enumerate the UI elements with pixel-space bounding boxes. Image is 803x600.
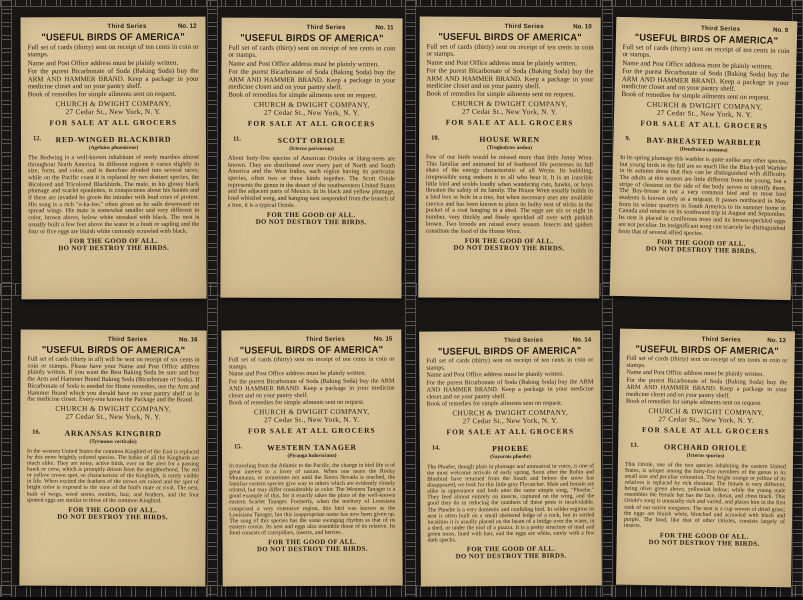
card-title: "USEFUL BIRDS OF AMERICA": [228, 344, 394, 355]
bird-number: 15.: [234, 443, 242, 450]
promo-paragraph: Full set of cards (thirty in all) will b…: [27, 357, 199, 405]
bird-number: 9.: [625, 135, 630, 142]
card-footer-line-2: DO NOT DESTROY THE BIRDS.: [28, 245, 199, 253]
promo-text: Full set of cards (thirty) sent on recei…: [626, 356, 788, 408]
bird-description: This Oriole, one of the two species inha…: [624, 462, 786, 532]
card-number: No. 13: [767, 337, 786, 344]
bird-name: SCOTT ORIOLE: [278, 136, 346, 145]
company-address: 27 Cedar St., New York, N. Y.: [228, 108, 395, 117]
bird-description: The Phoebe, though plain in plumage and …: [427, 463, 595, 543]
bird-number: 14.: [432, 444, 440, 451]
promo-text: Full set of cards (thirty) sent on recei…: [28, 44, 199, 99]
bird-description: In the western United States the common …: [27, 448, 199, 504]
grocers-line: FOR SALE AT ALL GROCERS: [229, 425, 395, 435]
promo-paragraph: Full set of cards (thirty) sent on recei…: [228, 45, 395, 61]
bird-number: 13.: [630, 442, 638, 449]
grocers-line: FOR SALE AT ALL GROCERS: [625, 425, 786, 437]
bird-title: 15. WESTERN TANAGER: [229, 442, 395, 452]
promo-paragraph: For the purest Bicarbonate of Soda (Baki…: [28, 68, 199, 91]
promo-paragraph: Book of remedies for simple ailments sen…: [28, 91, 199, 99]
card-title: "USEFUL BIRDS OF AMERICA": [229, 32, 396, 43]
bird-name: WESTERN TANAGER: [267, 443, 357, 452]
trading-card: Third Series No. 9 "USEFUL BIRDS OF AMER…: [610, 17, 798, 300]
bird-number: 12.: [33, 135, 41, 142]
grocers-line: FOR SALE AT ALL GROCERS: [426, 117, 593, 127]
bird-description: Few of our birds would be missed more th…: [426, 154, 593, 235]
trading-card: Third Series No. 12 "USEFUL BIRDS OF AME…: [21, 17, 207, 300]
trading-card: Third Series No. 16 "USEFUL BIRDS OF AME…: [19, 330, 206, 587]
promo-paragraph: For the purest Bicarbonate of Soda (Baki…: [622, 68, 789, 94]
series-label: Third Series: [107, 23, 146, 30]
card-footer-line-2: DO NOT DESTROY THE BIRDS.: [27, 513, 199, 521]
bird-latin-name: (Agelaius phoeniceus): [28, 145, 199, 152]
bird-title: 16. ARKANSAS KINGBIRD: [27, 428, 199, 438]
bird-latin-name: (Tyrannus verticalis): [27, 438, 199, 445]
promo-paragraph: For the purest Bicarbonate of Soda (Baki…: [426, 68, 593, 91]
card-number: No. 16: [179, 336, 198, 343]
card-header-line: Third Series No. 10: [427, 23, 594, 32]
promo-text: Full set of cards (thirty in all) will b…: [27, 357, 199, 405]
album-stitch-column-2: [405, 0, 416, 600]
company-address: 27 Cedar St., New York, N. Y.: [427, 416, 594, 425]
company-address: 27 Cedar St., New York, N. Y.: [28, 108, 199, 117]
card-title: "USEFUL BIRDS OF AMERICA": [28, 344, 200, 355]
promo-paragraph: Book of remedies for simple ailments sen…: [426, 91, 593, 99]
card-footer-line-2: DO NOT DESTROY THE BIRDS.: [624, 539, 785, 549]
company-name: CHURCH & DWIGHT COMPANY,: [228, 100, 395, 109]
promo-paragraph: For the purest Bicarbonate of Soda (Baki…: [426, 380, 593, 401]
promo-text: Full set of cards (thirty) sent on recei…: [621, 44, 789, 103]
bird-name: RED-WINGED BLACKBIRD: [56, 135, 172, 144]
card-header-line: Third Series No. 15: [228, 336, 394, 345]
promo-paragraph: Full set of cards (thirty) sent on recei…: [427, 44, 594, 60]
bird-latin-name: (Piranga ludoviciana): [229, 452, 395, 459]
bird-description: In its spring plumage this warbler is qu…: [618, 155, 787, 239]
grocers-line: FOR SALE AT ALL GROCERS: [427, 426, 594, 436]
card-number: No. 11: [375, 24, 393, 31]
trading-card: Third Series No. 14 "USEFUL BIRDS OF AME…: [419, 330, 602, 586]
grocers-line: FOR SALE AT ALL GROCERS: [228, 118, 395, 128]
promo-paragraph: Book of remedies for simple ailments sen…: [229, 400, 395, 408]
card-footer-line-2: DO NOT DESTROY THE BIRDS.: [228, 219, 395, 227]
card-header-line: Third Series No. 14: [426, 336, 593, 345]
series-label: Third Series: [108, 336, 147, 343]
trading-card: Third Series No. 13 "USEFUL BIRDS OF AME…: [616, 329, 795, 588]
series-label: Third Series: [504, 337, 543, 344]
bird-number: 11.: [233, 136, 241, 143]
trading-card: Third Series No. 11 "USEFUL BIRDS OF AME…: [220, 18, 402, 299]
album-stitch-band-top: [0, 0, 803, 7]
promo-text: Full set of cards (thirty) sent on recei…: [228, 45, 395, 101]
card-number: No. 15: [374, 336, 393, 343]
promo-paragraph: Book of remedies for simple ailments sen…: [427, 401, 594, 409]
promo-text: Full set of cards (thirty) sent on recei…: [228, 357, 394, 408]
bird-latin-name: (Sayornis phoebe): [427, 453, 594, 460]
company-address: 27 Cedar St., New York, N. Y.: [27, 412, 199, 421]
bird-description: In traveling from the Atlantic to the Pa…: [229, 462, 395, 536]
card-title: "USEFUL BIRDS OF AMERICA": [426, 345, 593, 357]
card-number: No. 14: [573, 336, 592, 343]
bird-description: The Redwing is a well-known inhabitant o…: [28, 155, 199, 236]
card-header-line: Third Series No. 12: [28, 23, 199, 32]
company-address: 27 Cedar St., New York, N. Y.: [229, 415, 395, 424]
grocers-line: FOR SALE AT ALL GROCERS: [28, 118, 199, 128]
promo-paragraph: Name and Post Office address must be pla…: [426, 59, 593, 67]
series-label: Third Series: [702, 336, 741, 344]
card-number: No. 10: [573, 23, 592, 30]
grocers-line: FOR SALE AT ALL GROCERS: [621, 118, 788, 131]
bird-description: About forty-five species of American Ori…: [228, 155, 395, 209]
card-header-line: Third Series No. 16: [28, 336, 200, 345]
promo-paragraph: Full set of cards (thirty) sent on recei…: [228, 357, 394, 371]
promo-paragraph: Full set of cards (thirty) sent on recei…: [28, 44, 199, 59]
company-name: CHURCH & DWIGHT COMPANY,: [426, 99, 593, 108]
bird-latin-name: (Icterus spurius): [625, 452, 786, 461]
bird-name: PHOEBE: [492, 444, 529, 453]
bird-number: 10.: [431, 134, 439, 141]
promo-paragraph: Full set of cards (thirty) sent on recei…: [426, 357, 593, 372]
bird-latin-name: (Troglodytes aedon): [426, 144, 593, 151]
series-label: Third Series: [306, 24, 345, 31]
trading-card: Third Series No. 15 "USEFUL BIRDS OF AME…: [221, 330, 402, 587]
bird-number: 16.: [32, 428, 40, 435]
bird-title: 11. SCOTT ORIOLE: [228, 135, 395, 145]
promo-paragraph: Name and Post Office address must be pla…: [28, 60, 199, 68]
album-stitch-column-3: [602, 0, 613, 600]
bird-name: HOUSE WREN: [479, 135, 539, 144]
card-title: "USEFUL BIRDS OF AMERICA": [28, 31, 199, 42]
bird-name: ORCHARD ORIOLE: [664, 442, 747, 452]
card-footer-line-2: DO NOT DESTROY THE BIRDS.: [428, 553, 595, 561]
album-stitch-column-left: [1, 0, 12, 600]
bird-title: 12. RED-WINGED BLACKBIRD: [28, 135, 199, 145]
card-header-line: Third Series No. 11: [229, 24, 396, 33]
promo-paragraph: For the purest Bicarbonate of Soda (Baki…: [229, 379, 395, 400]
promo-paragraph: Name and Post Office address must be pla…: [228, 60, 395, 68]
album-page: Third Series No. 12 "USEFUL BIRDS OF AME…: [0, 0, 803, 600]
bird-title: 14. PHOEBE: [427, 443, 594, 453]
card-number: No. 9: [773, 27, 788, 34]
promo-paragraph: For the purest Bicarbonate of Soda (Baki…: [228, 69, 395, 92]
card-footer-line-2: DO NOT DESTROY THE BIRDS.: [426, 245, 593, 253]
series-label: Third Series: [306, 336, 345, 343]
album-stitch-column-1: [207, 0, 218, 600]
card-footer-line-2: DO NOT DESTROY THE BIRDS.: [229, 546, 395, 554]
promo-text: Full set of cards (thirty) sent on recei…: [426, 357, 593, 408]
bird-name: ARKANSAS KINGBIRD: [65, 429, 162, 439]
bird-title: 10. HOUSE WREN: [426, 134, 593, 144]
promo-paragraph: Book of remedies for simple ailments sen…: [228, 92, 395, 100]
card-number: No. 12: [178, 23, 197, 30]
promo-paragraph: For the purest Bicarbonate of Soda (Baki…: [626, 378, 787, 401]
card-title: "USEFUL BIRDS OF AMERICA": [427, 31, 594, 42]
trading-card: Third Series No. 10 "USEFUL BIRDS OF AME…: [418, 17, 600, 299]
series-label: Third Series: [504, 23, 543, 30]
series-label: Third Series: [701, 25, 741, 33]
bird-latin-name: (Icterus parisorum): [228, 145, 395, 152]
company-address: 27 Cedar St., New York, N. Y.: [426, 107, 593, 116]
promo-text: Full set of cards (thirty) sent on recei…: [426, 44, 593, 100]
